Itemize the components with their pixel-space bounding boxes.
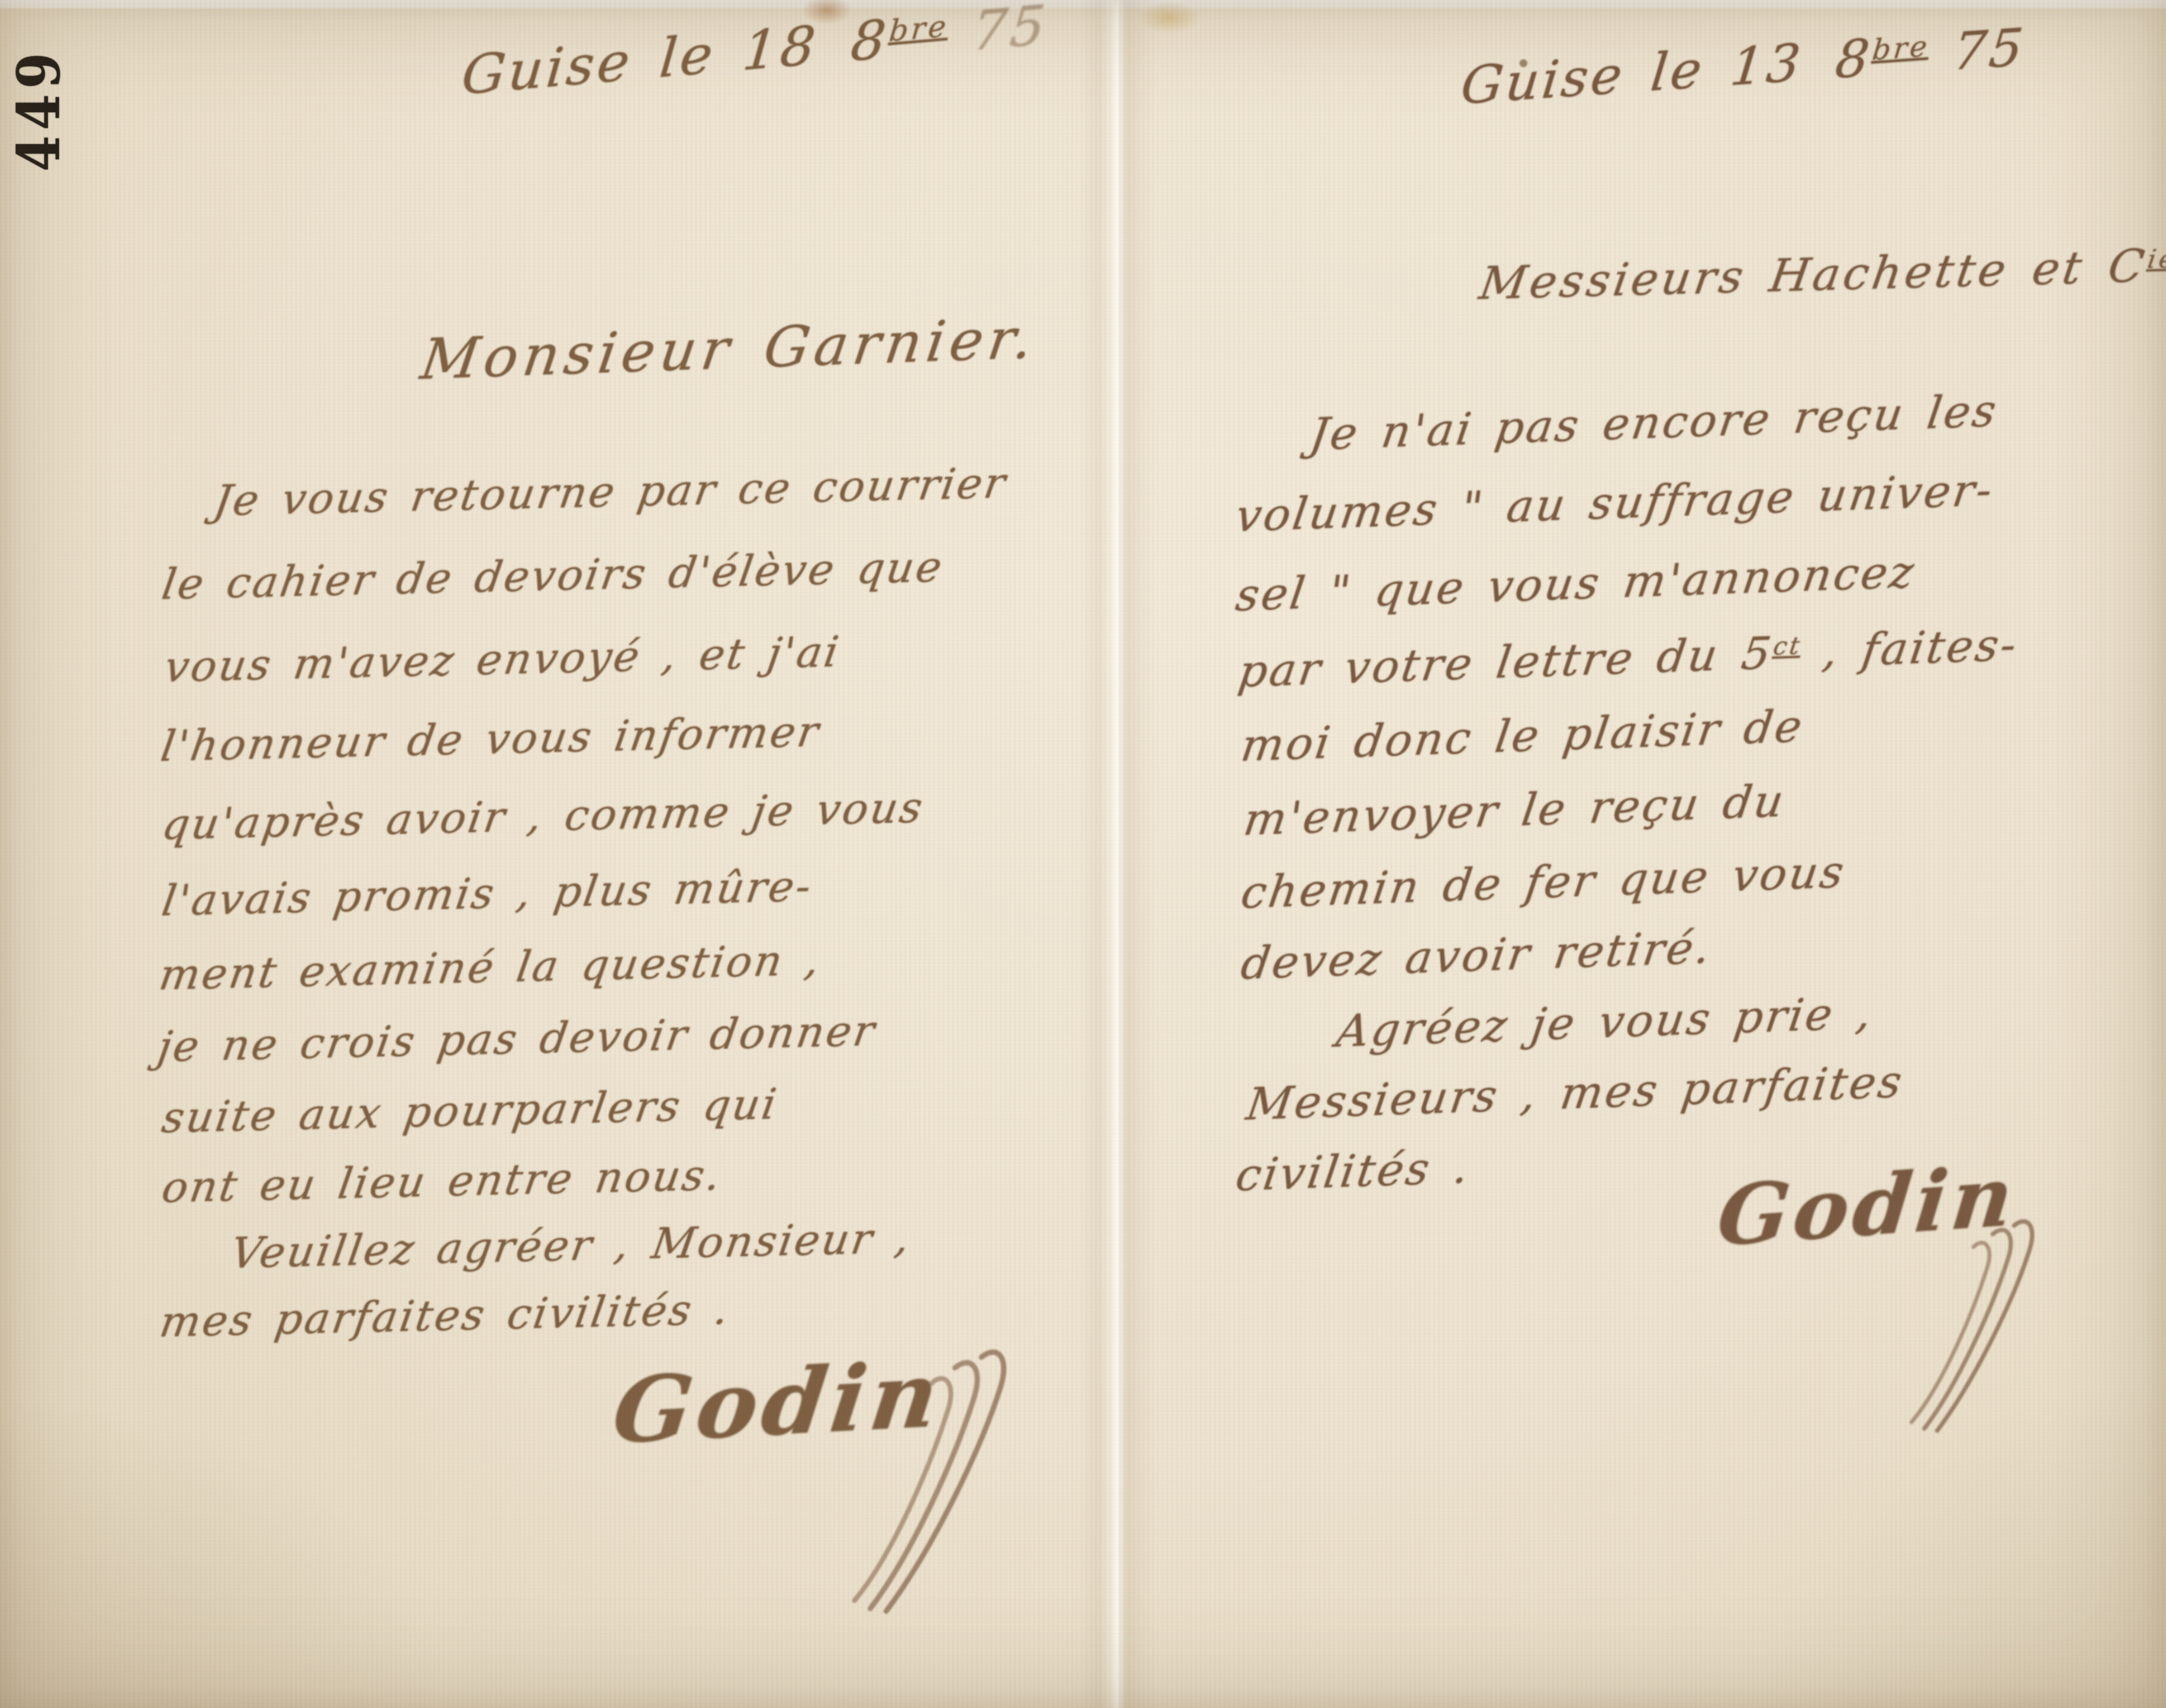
paper-vignette (0, 0, 2166, 1708)
letter-scan-page: 449 Guise le 188bre75 Monsieur Garnier. … (0, 0, 2166, 1708)
